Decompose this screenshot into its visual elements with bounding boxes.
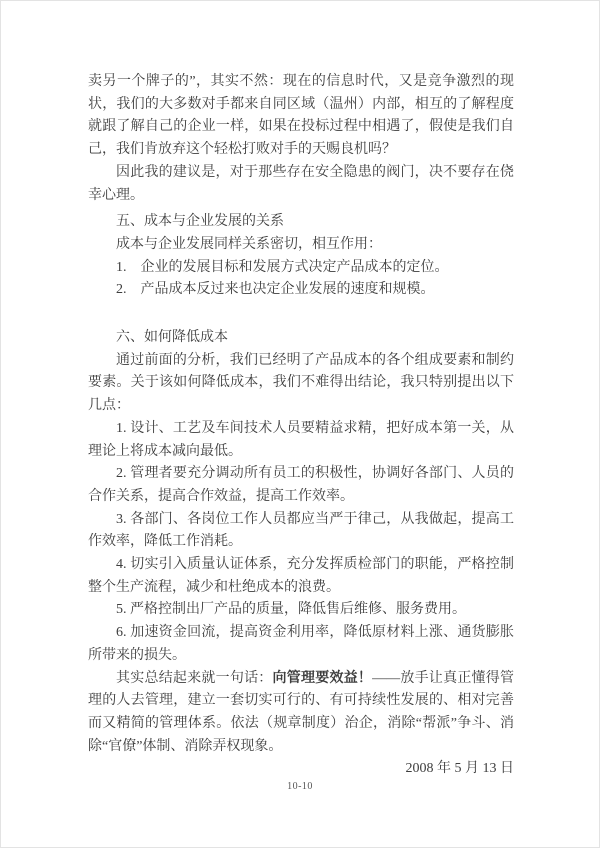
list-item: 2. 产品成本反过来也决定企业发展的速度和规模。 (88, 279, 514, 302)
section-heading-5: 五、成本与企业发展的关系 (88, 211, 514, 234)
list-item: 3. 各部门、各岗位工作人员都应当严于律己，从我做起，提高工作效率，降低工作消耗… (88, 509, 514, 554)
conclusion-emphasis: 向管理要效益！ (273, 671, 373, 686)
list-item: 6. 加速资金回流，提高资金利用率，降低原材料上涨、通货膨胀所带来的损失。 (88, 622, 514, 667)
list-item: 1. 企业的发展目标和发展方式决定产品成本的定位。 (88, 257, 514, 280)
conclusion-lead: 其实总结起来就一句话： (116, 671, 273, 686)
text-body: 卖另一个牌子的”，其实不然：现在的信息时代，又是竞争激烈的现状，我们的大多数对手… (88, 71, 514, 781)
paragraph-suggestion: 因此我的建议是，对于那些存在安全隐患的阀门，决不要存在侥幸心理。 (88, 162, 514, 207)
section-heading-6: 六、如何降低成本 (88, 327, 514, 350)
date-line: 2008 年 5 月 13 日 (88, 758, 514, 781)
document-page: 卖另一个牌子的”，其实不然：现在的信息时代，又是竞争激烈的现状，我们的大多数对手… (0, 0, 600, 848)
list-item: 4. 切实引入质量认证体系，充分发挥质检部门的职能，严格控制整个生产流程，减少和… (88, 554, 514, 599)
list-item: 1. 设计、工艺及车间技术人员要精益求精，把好成本第一关，从理论上将成本减向最低… (88, 418, 514, 463)
list-item: 5. 严格控制出厂产品的质量，降低售后维修、服务费用。 (88, 599, 514, 622)
list-item: 2. 管理者要充分调动所有员工的积极性，协调好各部门、人员的合作关系，提高合作效… (88, 463, 514, 508)
paragraph-conclusion: 其实总结起来就一句话：向管理要效益！——放手让真正懂得管理的人去管理，建立一套切… (88, 668, 514, 759)
page-number: 10-10 (1, 781, 599, 792)
paragraph-section6-intro: 通过前面的分析，我们已经明了产品成本的各个组成要素和制约要素。关于该如何降低成本… (88, 350, 514, 418)
paragraph-continuation: 卖另一个牌子的”，其实不然：现在的信息时代，又是竞争激烈的现状，我们的大多数对手… (88, 71, 514, 162)
paragraph-section5-intro: 成本与企业发展同样关系密切，相互作用： (88, 234, 514, 257)
